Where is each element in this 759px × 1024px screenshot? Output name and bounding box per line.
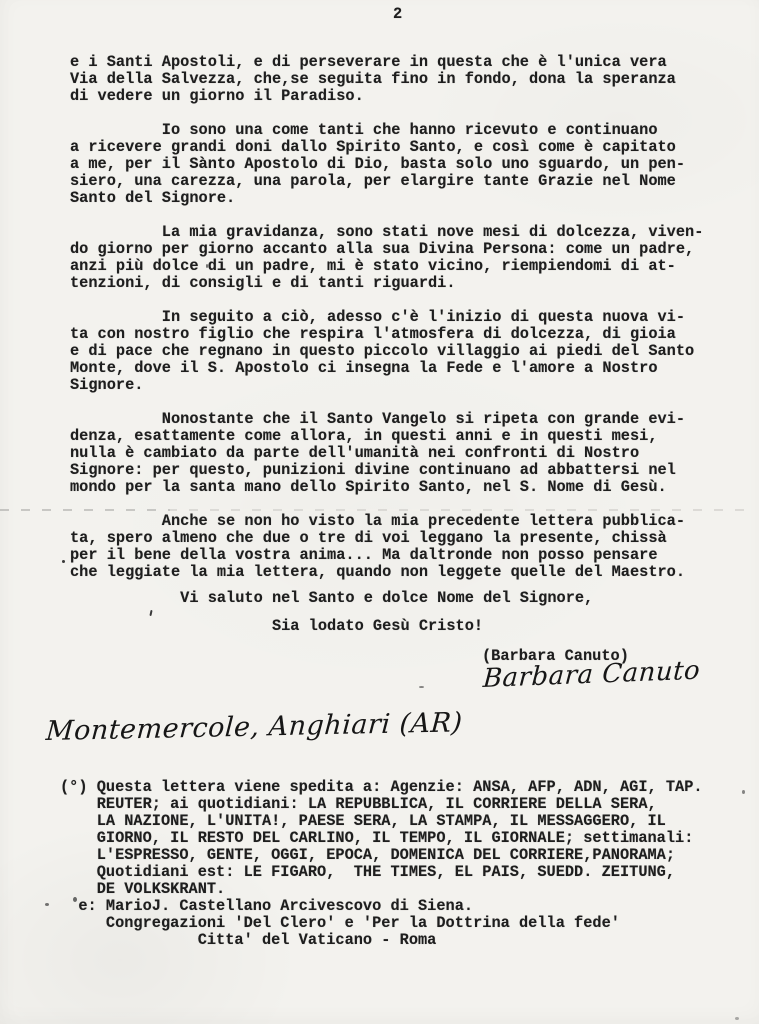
ink-speck <box>742 790 745 794</box>
handwritten-location: Montemercole, Anghiari (AR) <box>45 707 464 747</box>
ink-speck <box>419 686 424 688</box>
page-number: 2 <box>393 6 402 23</box>
footnote-line: GIORNO, IL RESTO DEL CARLINO, IL TEMPO, … <box>60 830 703 847</box>
ink-speck <box>206 264 208 268</box>
ink-speck <box>735 1017 739 1020</box>
footnote-line: L'ESPRESSO, GENTE, OGGI, EPOCA, DOMENICA… <box>60 847 703 864</box>
ink-speck <box>45 903 49 906</box>
paragraph-2: Io sono una come tanti che hanno ricevut… <box>70 122 703 207</box>
paragraph-3: La mia gravidanza, sono stati nove mesi … <box>70 224 703 292</box>
footnote-line: Quotidiani est: LE FIGARO, THE TIMES, EL… <box>60 864 703 881</box>
paragraph-6: Anche se non ho visto la mia precedente … <box>70 513 703 581</box>
letter-page: 2 e i Santi Apostoli, e di perseverare i… <box>0 0 759 1024</box>
ink-speck <box>73 897 77 902</box>
footnote: (°) Questa lettera viene spedita a: Agen… <box>60 779 703 949</box>
footnote-line: Citta' del Vaticano - Roma <box>60 932 703 949</box>
footnote-line: Congregazioni 'Del Clero' e 'Per la Dott… <box>60 915 703 932</box>
ink-speck <box>62 560 65 563</box>
footnote-line: e: MarioJ. Castellano Arcivescovo di Sie… <box>60 898 703 915</box>
closing-praise: Sia lodato Gesù Cristo! <box>70 618 703 635</box>
footnote-line: (°) Questa lettera viene spedita a: Agen… <box>60 779 703 796</box>
letter-body: e i Santi Apostoli, e di perseverare in … <box>70 54 703 635</box>
footnote-line: DE VOLKSKRANT. <box>60 881 703 898</box>
closing-salutation: Vi saluto nel Santo e dolce Nome del Sig… <box>70 590 703 607</box>
paragraph-1: e i Santi Apostoli, e di perseverare in … <box>70 54 703 105</box>
fold-crease-fade <box>170 509 746 511</box>
paragraph-5: Nonostante che il Santo Vangelo si ripet… <box>70 411 703 496</box>
footnote-line: REUTER; ai quotidiani: LA REPUBBLICA, IL… <box>60 796 703 813</box>
paragraph-4: In seguito a ciò, adesso c'è l'inizio di… <box>70 309 703 394</box>
footnote-line: LA NAZIONE, L'UNITA!, PAESE SERA, LA STA… <box>60 813 703 830</box>
